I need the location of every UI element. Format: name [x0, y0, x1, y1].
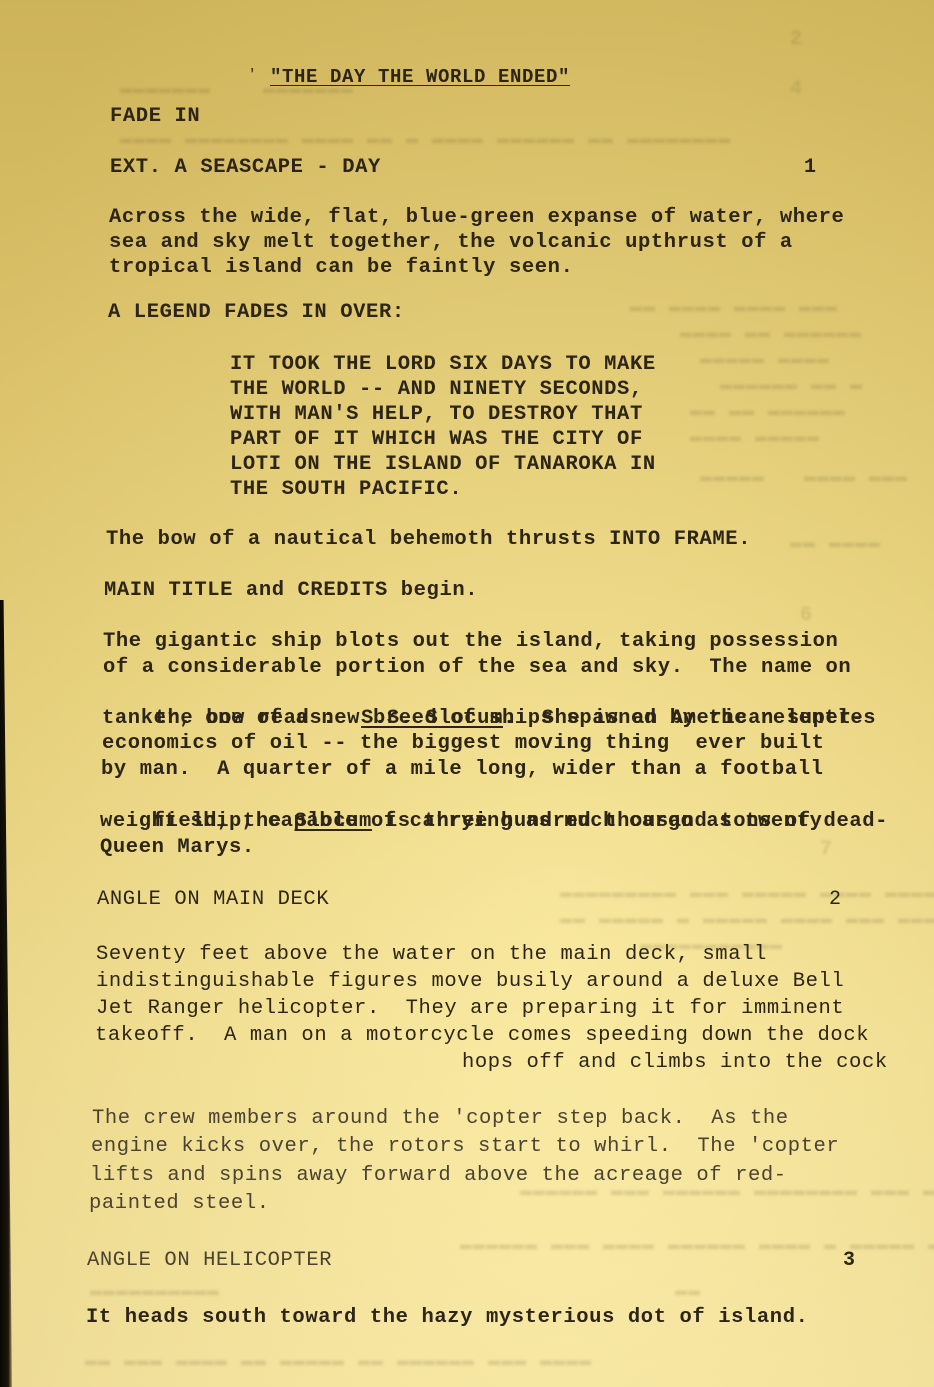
- bleed-through-mark: 4: [790, 78, 803, 101]
- action-line: Queen Marys.: [100, 835, 255, 861]
- action-line: tanker, one of a new breed of ships spaw…: [102, 706, 876, 732]
- action-line: by man. A quarter of a mile long, wider …: [101, 757, 824, 783]
- legend-line: WITH MAN'S HELP, TO DESTROY THAT: [230, 402, 643, 428]
- legend-line: IT TOOK THE LORD SIX DAYS TO MAKE: [230, 352, 656, 378]
- action-line: of a considerable portion of the sea and…: [103, 655, 851, 681]
- bleed-through-text: ▬▬▬▬▬▬▬▬▬▬ ▬▬: [90, 1280, 701, 1303]
- scene-heading-3: ANGLE ON HELICOPTER: [87, 1248, 332, 1274]
- bleed-through-text: ▬▬▬▬ ▬▬▬▬▬▬▬▬ ▬▬▬▬ ▬▬ ▬ ▬▬▬▬ ▬▬▬▬▬▬ ▬▬ ▬…: [120, 128, 731, 151]
- bleed-through-text: ▬▬ ▬▬▬▬ ▬▬▬▬ ▬▬▬: [630, 296, 838, 319]
- action-line: takeoff. A man on a motorcycle comes spe…: [95, 1023, 869, 1049]
- stray-mark: ': [248, 62, 257, 88]
- script-title: "THE DAY THE WORLD ENDED": [246, 38, 570, 90]
- transition-fade-in: FADE IN: [110, 104, 200, 130]
- action-line: painted steel.: [89, 1191, 270, 1217]
- scene-number-2: 2: [829, 887, 842, 913]
- legend-line: PART OF IT WHICH WAS THE CITY OF: [230, 427, 643, 453]
- action-line: engine kicks over, the rotors start to w…: [91, 1134, 839, 1160]
- action-line: Across the wide, flat, blue-green expans…: [109, 205, 844, 231]
- action-line: Seventy feet above the water on the main…: [96, 942, 767, 968]
- script-title-text: "THE DAY THE WORLD ENDED": [270, 66, 570, 88]
- action-line: indistinguishable figures move busily ar…: [96, 969, 844, 995]
- action-line: weight ship, capable of carrying as much…: [100, 809, 823, 835]
- action-line: hops off and climbs into the cock: [462, 1050, 888, 1076]
- page-edge-shadow: [0, 600, 12, 1387]
- scene-number-1: 1: [804, 155, 817, 181]
- bleed-through-text: ▬▬▬▬▬▬ ▬▬ ▬: [720, 374, 863, 397]
- action-line: It heads south toward the hazy mysteriou…: [86, 1305, 809, 1331]
- action-line: tropical island can be faintly seen.: [109, 255, 573, 281]
- action-line: The gigantic ship blots out the island, …: [103, 629, 838, 655]
- bleed-through-mark: 2: [790, 28, 803, 51]
- legend-intro: A LEGEND FADES IN OVER:: [108, 300, 405, 326]
- bleed-through-text: ▬▬▬▬▬ ▬▬▬▬ ▬▬▬: [700, 466, 908, 489]
- bleed-through-text: ▬▬▬▬ ▬▬ ▬▬▬▬▬▬: [680, 322, 862, 345]
- bleed-through-text: ▬▬ ▬▬▬ ▬▬▬▬ ▬▬ ▬▬▬▬▬ ▬▬ ▬▬▬▬▬▬ ▬▬▬ ▬▬▬▬: [85, 1350, 592, 1373]
- legend-line: THE SOUTH PACIFIC.: [230, 477, 462, 503]
- scene-heading-2: ANGLE ON MAIN DECK: [97, 887, 329, 913]
- bleed-through-text: ▬▬▬▬▬▬ ▬▬▬ ▬▬▬▬ ▬▬▬▬▬▬ ▬▬▬▬ ▬ ▬▬▬▬▬ ▬▬▬▬: [460, 1234, 934, 1257]
- scene-heading-1: EXT. A SEASCAPE - DAY: [110, 155, 381, 181]
- bleed-through-text: ▬▬▬▬ ▬▬▬▬▬: [690, 426, 820, 449]
- bleed-through-text: ▬▬▬▬▬▬▬▬▬ ▬▬▬ ▬▬▬▬▬ ▬▬▬▬ ▬▬▬▬▬▬ ▬▬▬: [560, 882, 934, 905]
- action-line: MAIN TITLE and CREDITS begin.: [104, 578, 478, 604]
- scene-number-3: 3: [843, 1248, 856, 1274]
- bleed-through-text: ▬▬▬▬▬ ▬▬▬▬: [700, 348, 830, 371]
- legend-line: LOTI ON THE ISLAND OF TANAROKA IN: [230, 452, 656, 478]
- action-line: The crew members around the 'copter step…: [92, 1106, 789, 1132]
- legend-line: THE WORLD -- AND NINETY SECONDS,: [230, 377, 643, 403]
- action-line: economics of oil -- the biggest moving t…: [102, 731, 825, 757]
- bleed-through-mark: 6: [800, 604, 813, 627]
- action-line: Jet Ranger helicopter. They are preparin…: [96, 996, 844, 1022]
- action-line: sea and sky melt together, the volcanic …: [109, 230, 793, 256]
- bleed-through-text: ▬▬ ▬▬▬▬▬ ▬ ▬▬▬▬▬ ▬▬▬▬ ▬▬▬ ▬▬▬▬▬▬: [560, 908, 934, 931]
- bleed-through-text: ▬▬ ▬▬▬▬: [790, 532, 881, 555]
- action-line: The bow of a nautical behemoth thrusts I…: [106, 527, 751, 553]
- action-line: lifts and spins away forward above the a…: [90, 1163, 787, 1189]
- bleed-through-text: ▬▬ ▬▬ ▬▬▬▬▬▬: [690, 400, 846, 423]
